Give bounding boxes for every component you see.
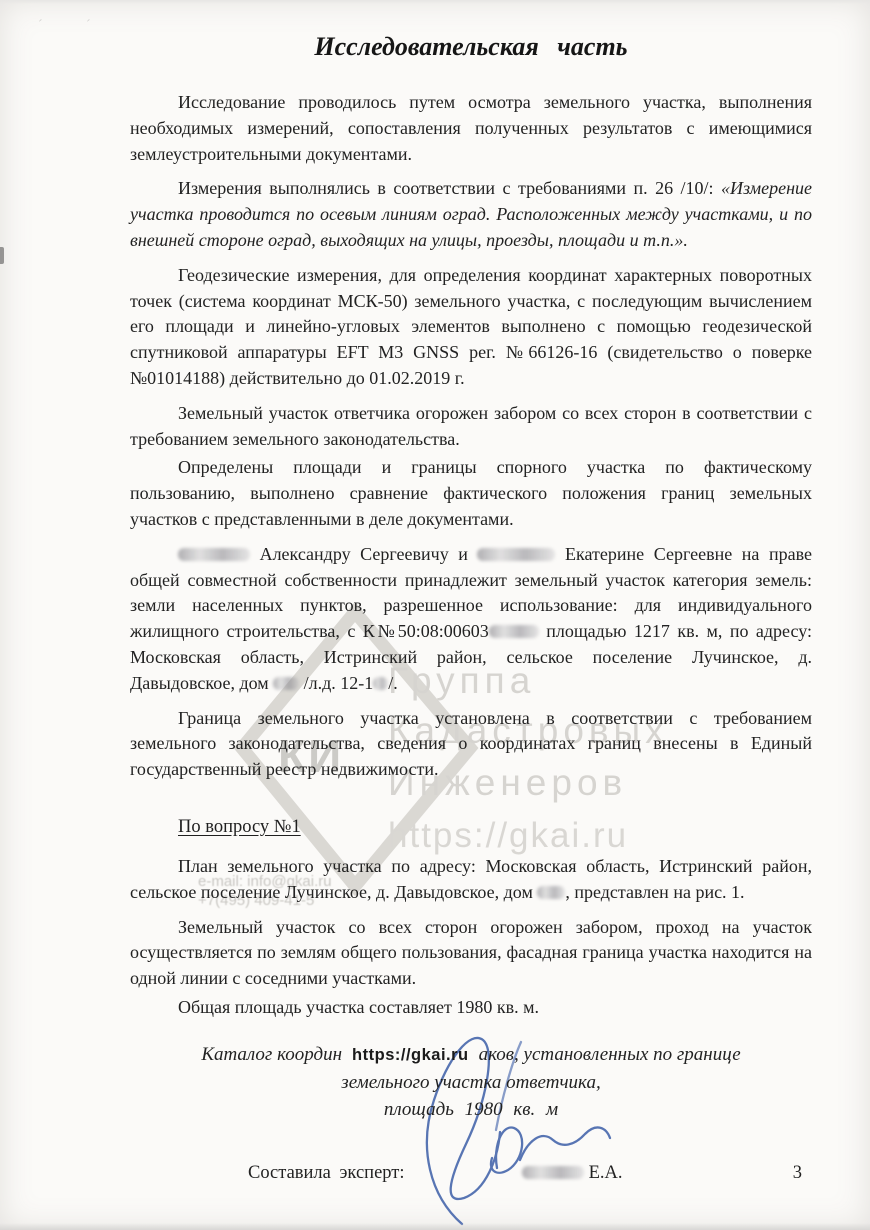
text-segment: Исследование проводилось путем осмотра з…	[130, 92, 812, 164]
paragraph-total-area: Общая площадь участка составляет 1980 кв…	[130, 995, 812, 1021]
paragraph-fence: Земельный участок ответчика огорожен заб…	[130, 401, 812, 453]
question-1-heading-text: По вопросу №1	[178, 817, 301, 837]
scan-edge-bottom	[0, 1223, 870, 1230]
paragraph-geodetic-equipment: Геодезические измерения, для определения…	[130, 263, 812, 392]
question-1-heading: По вопросу №1	[130, 817, 812, 838]
catalog-line1-after: аков, установленных по границе	[479, 1044, 741, 1065]
compiled-by-label: Составила эксперт:	[248, 1163, 405, 1184]
page-title: Исследовательская часть	[130, 32, 812, 62]
document-content: Исследовательская часть Исследование про…	[130, 24, 812, 1197]
catalog-line-3: площадь 1980 кв. м	[130, 1096, 812, 1123]
footer-row: Составила эксперт: Е.А. 3	[130, 1157, 812, 1197]
text-segment: /л.д. 12-1	[299, 673, 373, 693]
paragraph-boundaries-defined: Определены площади и границы спорного уч…	[130, 455, 812, 532]
expert-name: Е.А.	[522, 1163, 623, 1184]
redacted-text	[178, 548, 250, 561]
paragraph-access: Земельный участок со всех сторон огороже…	[130, 915, 812, 992]
redacted-text	[537, 886, 565, 899]
text-segment: , представлен на рис. 1.	[565, 882, 744, 902]
paragraph-ownership: Александру Сергеевичу и Екатерине Сергее…	[130, 542, 812, 697]
redacted-text	[273, 677, 299, 690]
watermark-url-overlay: https://gkai.ru	[342, 1046, 479, 1064]
scan-speck: ˊ	[38, 18, 43, 34]
redacted-text	[477, 548, 555, 561]
text-segment: Определены площади и границы спорного уч…	[130, 457, 812, 529]
text-segment: Граница земельного участка установлена в…	[130, 708, 812, 780]
paragraph-plan-address: План земельного участка по адресу: Моско…	[130, 854, 812, 906]
text-segment: Измерения выполнялись в соответствии с т…	[178, 178, 721, 198]
paragraph-measurement-rules: Измерения выполнялись в соответствии с т…	[130, 176, 812, 253]
catalog-line-2: земельного участка ответчика,	[130, 1069, 812, 1096]
redacted-text	[373, 677, 388, 690]
scan-edge-top	[0, 0, 870, 4]
text-segment: Земельный участок ответчика огорожен заб…	[130, 403, 812, 449]
text-segment: Общая площадь участка составляет 1980 кв…	[178, 997, 539, 1017]
catalog-line1-before: Каталог координ	[201, 1044, 342, 1065]
paragraph-research-method: Исследование проводилось путем осмотра з…	[130, 90, 812, 167]
text-segment: Александру Сергеевичу и	[250, 544, 477, 564]
text-segment: Геодезические измерения, для определения…	[130, 265, 812, 388]
redacted-surname	[522, 1166, 584, 1179]
text-segment: Земельный участок со всех сторон огороже…	[130, 917, 812, 989]
catalog-line-1: Каталог координhttps://gkai.ruаков, уста…	[130, 1041, 812, 1069]
text-segment: /.	[388, 673, 398, 693]
redacted-text	[489, 625, 539, 638]
page-number: 3	[793, 1163, 802, 1184]
scan-mark-left-edge	[0, 247, 4, 264]
expert-initials: Е.А.	[589, 1163, 623, 1183]
scan-speck: ˊ	[86, 18, 91, 34]
paragraph-egrn: Граница земельного участка установлена в…	[130, 706, 812, 783]
coordinates-catalog-caption: Каталог координhttps://gkai.ruаков, уста…	[130, 1041, 812, 1123]
scanned-document-page: ˊ ˊ КИ Группа Кадастровых Инженеров http…	[0, 0, 870, 1230]
